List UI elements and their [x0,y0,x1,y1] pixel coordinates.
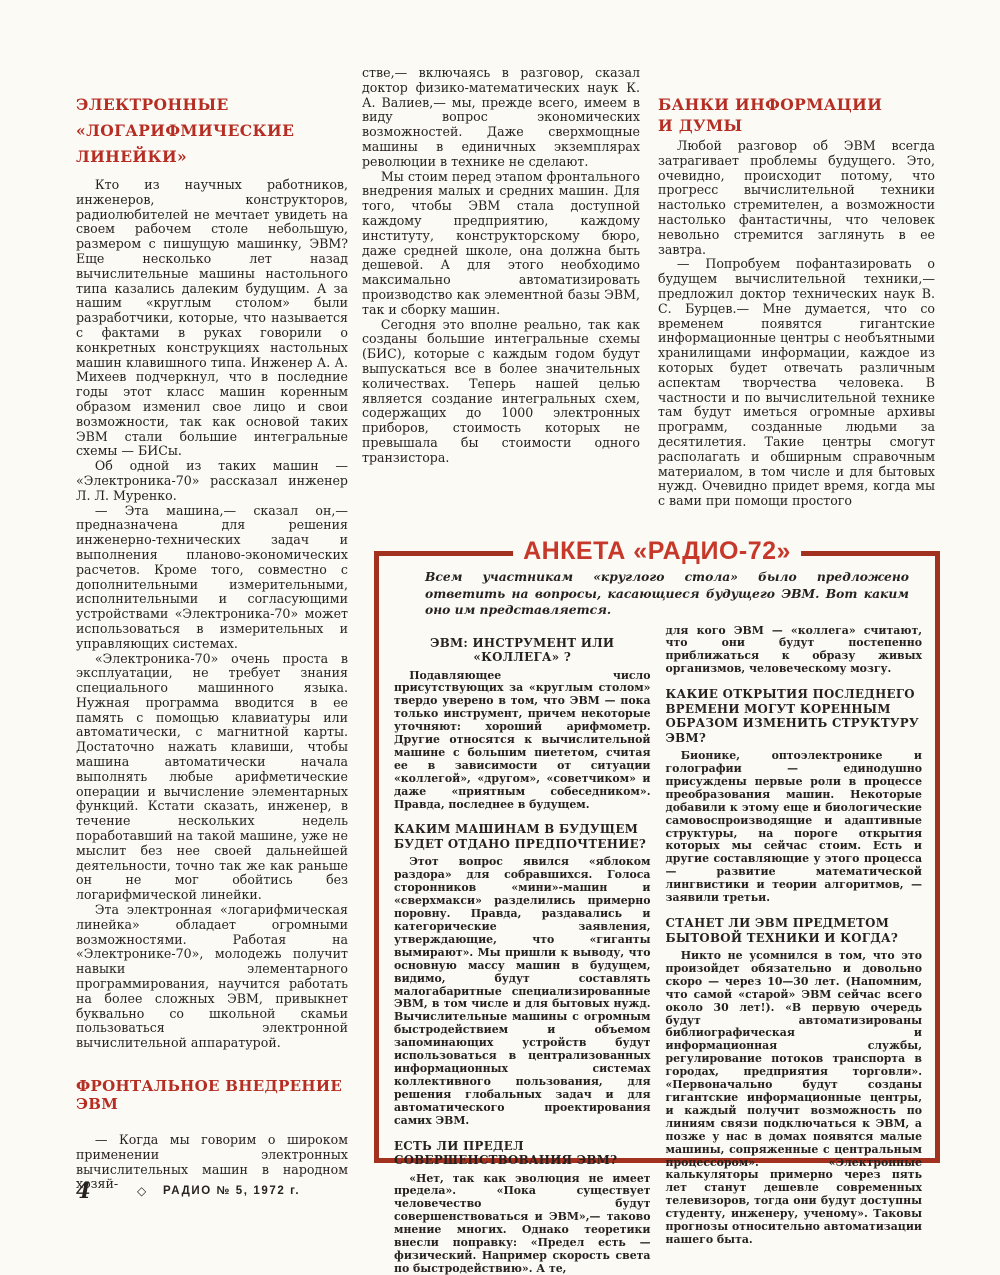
question-heading: СТАНЕТ ЛИ ЭВМ ПРЕДМЕТОМ БЫТОВОЙ ТЕХНИКИ … [666,916,923,945]
answer-paragraph: Этот вопрос явился «яблоком раздора» для… [394,856,651,1127]
column-left: ЭЛЕКТРОННЫЕ «ЛОГАРИФМИЧЕСКИЕ ЛИНЕЙКИ» Кт… [76,92,348,1192]
answer-paragraph: Подавляющее число присутствующих за «кру… [394,670,651,812]
paragraph: — Попробуем пофантазировать о будущем вы… [658,257,935,509]
article-heading-information-banks: БАНКИ ИНФОРМАЦИИ И ДУМЫ [658,94,935,136]
paragraph: «Электроника-70» очень проста в эксплуат… [76,652,348,904]
question-heading: КАКИМ МАШИНАМ В БУДУЩЕМ БУДЕТ ОТДАНО ПРЕ… [394,822,651,851]
paragraph: Любой разговор об ЭВМ всегда затрагивает… [658,139,935,257]
paragraph: Кто из научных работников, инженеров, ко… [76,178,348,459]
paragraph: Об одной из таких машин — «Электроника-7… [76,459,348,503]
page-number: 4 [76,1178,91,1203]
article-heading-electronic-slide-rules: ЭЛЕКТРОННЫЕ «ЛОГАРИФМИЧЕСКИЕ ЛИНЕЙКИ» [76,92,348,170]
heading-line: ЛИНЕЙКИ» [76,144,348,170]
questionnaire-right-column: для кого ЭВМ — «коллега» считают, что он… [666,625,923,1275]
answer-paragraph: для кого ЭВМ — «коллега» считают, что он… [666,625,923,677]
paragraph: — Когда мы говорим о широком применении … [76,1133,348,1192]
answer-paragraph: Бионике, оптоэлектронике и голографии — … [666,750,923,905]
heading-line: «ЛОГАРИФМИЧЕСКИЕ [76,118,348,144]
article-heading-frontal-introduction: ФРОНТАЛЬНОЕ ВНЕДРЕНИЕ ЭВМ [76,1077,348,1113]
column-right: БАНКИ ИНФОРМАЦИИ И ДУМЫ Любой разговор о… [658,94,935,509]
questionnaire-columns: ЭВМ: ИНСТРУМЕНТ ИЛИ «КОЛЛЕГА» ? Подавляю… [379,623,935,1275]
question-heading: КАКИЕ ОТКРЫТИЯ ПОСЛЕДНЕГО ВРЕМЕНИ МОГУТ … [666,687,923,745]
heading-line: И ДУМЫ [658,115,935,136]
paragraph: Сегодня это вполне реально, так как созд… [362,318,640,466]
question-heading: ЕСТЬ ЛИ ПРЕДЕЛ СОВЕРШЕНСТВОВАНИЯ ЭВМ? [394,1139,651,1168]
heading-line: ЭЛЕКТРОННЫЕ [76,92,348,118]
heading-line: БАНКИ ИНФОРМАЦИИ [658,94,935,115]
questionnaire-left-column: ЭВМ: ИНСТРУМЕНТ ИЛИ «КОЛЛЕГА» ? Подавляю… [394,625,651,1275]
answer-paragraph: Никто не усомнился в том, что это произо… [666,950,923,1247]
answer-paragraph: «Нет, так как эволюция не имеет предела»… [394,1173,651,1275]
paragraph: Эта электронная «логарифмическая линейка… [76,903,348,1051]
magazine-page: { "colors": { "accent_red": "#b52d23", "… [0,0,1000,1275]
diamond-icon: ◇ [137,1184,146,1198]
paragraph: — Эта машина,— сказал он,— предназначена… [76,504,348,652]
column-middle: стве,— включаясь в разговор, сказал докт… [362,66,640,466]
question-heading: ЭВМ: ИНСТРУМЕНТ ИЛИ «КОЛЛЕГА» ? [394,636,651,665]
issue-label: РАДИО № 5, 1972 г. [163,1185,300,1197]
questionnaire-box: АНКЕТА «РАДИО-72» Всем участникам «кругл… [374,551,940,1163]
questionnaire-title: АНКЕТА «РАДИО-72» [513,537,801,566]
paragraph: стве,— включаясь в разговор, сказал докт… [362,66,640,170]
questionnaire-intro: Всем участникам «круглого стола» было пр… [425,569,909,619]
paragraph: Мы стоим перед этапом фронтального внедр… [362,170,640,318]
